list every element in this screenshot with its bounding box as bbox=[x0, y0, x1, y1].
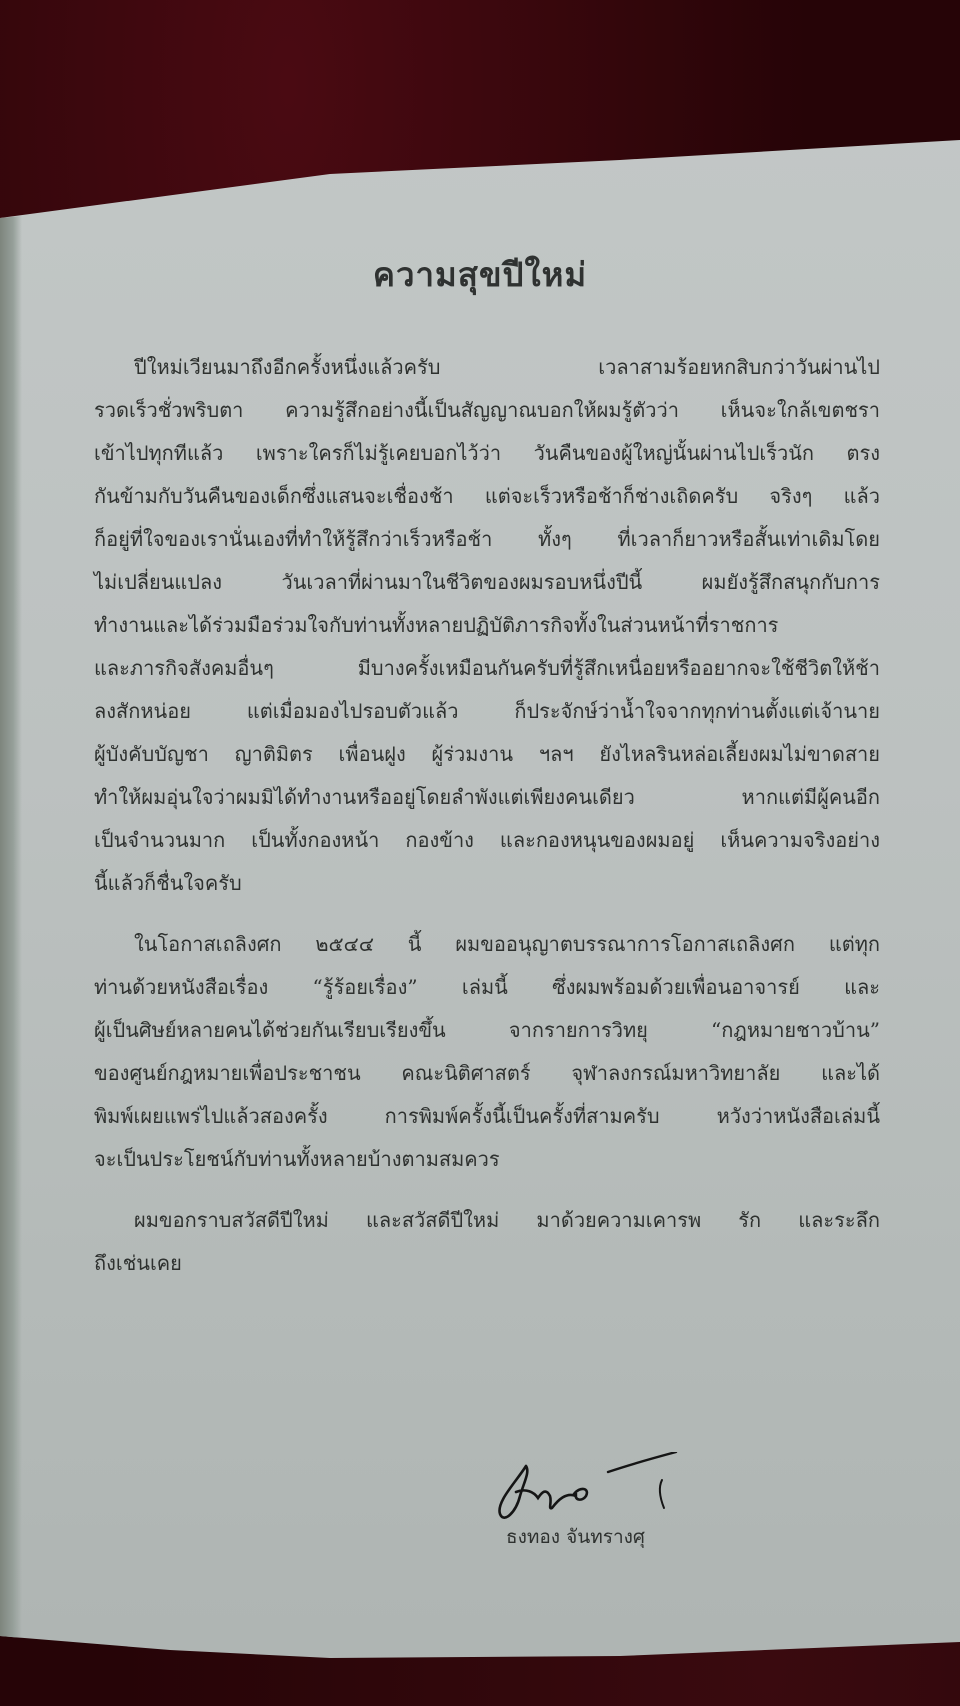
body-text: ปีใหม่เวียนมาถึงอีกครั้งหนึ่งแล้วครับ เว… bbox=[94, 346, 880, 1285]
signer-name: ธงทอง จันทรางศุ bbox=[506, 1522, 645, 1552]
text-line: และภารกิจสังคมอื่นๆ มีบางครั้งเหมือนกันค… bbox=[94, 647, 880, 690]
text-line: นี้แล้วก็ชื่นใจครับ bbox=[94, 862, 880, 905]
text-line: ปีใหม่เวียนมาถึงอีกครั้งหนึ่งแล้วครับ เว… bbox=[94, 346, 880, 389]
text-line: ทำงานและได้ร่วมมือร่วมใจกับท่านทั้งหลายป… bbox=[94, 604, 880, 647]
page-title: ความสุขปีใหม่ bbox=[0, 248, 960, 301]
text-line: ในโอกาสเถลิงศก ๒๕๔๔ นี้ ผมขออนุญาตบรรณาก… bbox=[94, 923, 880, 966]
text-line: กันข้ามกับวันคืนของเด็กซึ่งแสนจะเชื่องช้… bbox=[94, 475, 880, 518]
text-line: รวดเร็วชั่วพริบตา ความรู้สึกอย่างนี้เป็น… bbox=[94, 389, 880, 432]
text-line: ทำให้ผมอุ่นใจว่าผมมิได้ทำงานหรืออยู่โดยล… bbox=[94, 776, 880, 819]
text-line: ลงสักหน่อย แต่เมื่อมองไปรอบตัวแล้ว ก็ประ… bbox=[94, 690, 880, 733]
paragraph-gap bbox=[94, 1181, 880, 1199]
text-line: ท่านด้วยหนังสือเรื่อง “รู้ร้อยเรื่อง” เล… bbox=[94, 966, 880, 1009]
paragraph-1: ปีใหม่เวียนมาถึงอีกครั้งหนึ่งแล้วครับ เว… bbox=[94, 346, 880, 905]
text-line: เป็นจำนวนมาก เป็นทั้งกองหน้า กองข้าง และ… bbox=[94, 819, 880, 862]
text-line: พิมพ์เผยแพร่ไปแล้วสองครั้ง การพิมพ์ครั้ง… bbox=[94, 1095, 880, 1138]
text-line: จะเป็นประโยชน์กับท่านทั้งหลายบ้างตามสมคว… bbox=[94, 1138, 880, 1181]
paragraph-2: ในโอกาสเถลิงศก ๒๕๔๔ นี้ ผมขออนุญาตบรรณาก… bbox=[94, 923, 880, 1181]
text-line: ถึงเช่นเคย bbox=[94, 1242, 880, 1285]
text-line: ก็อยู่ที่ใจของเรานั่นเองที่ทำให้รู้สึกว่… bbox=[94, 518, 880, 561]
text-line: ผมขอกราบสวัสดีปีใหม่ และสวัสดีปีใหม่ มาด… bbox=[94, 1199, 880, 1242]
text-line: ผู้บังคับบัญชา ญาติมิตร เพื่อนฝูง ผู้ร่ว… bbox=[94, 733, 880, 776]
text-line: เข้าไปทุกทีแล้ว เพราะใครก็ไม่รู้เคยบอกไว… bbox=[94, 432, 880, 475]
text-line: ของศูนย์กฎหมายเพื่อประชาชน คณะนิติศาสตร์… bbox=[94, 1052, 880, 1095]
text-line: ผู้เป็นศิษย์หลายคนได้ช่วยกันเรียบเรียงขึ… bbox=[94, 1009, 880, 1052]
text-line: ไม่เปลี่ยนแปลง วันเวลาที่ผ่านมาในชีวิตขอ… bbox=[94, 561, 880, 604]
paragraph-3: ผมขอกราบสวัสดีปีใหม่ และสวัสดีปีใหม่ มาด… bbox=[94, 1199, 880, 1285]
paragraph-gap bbox=[94, 905, 880, 923]
